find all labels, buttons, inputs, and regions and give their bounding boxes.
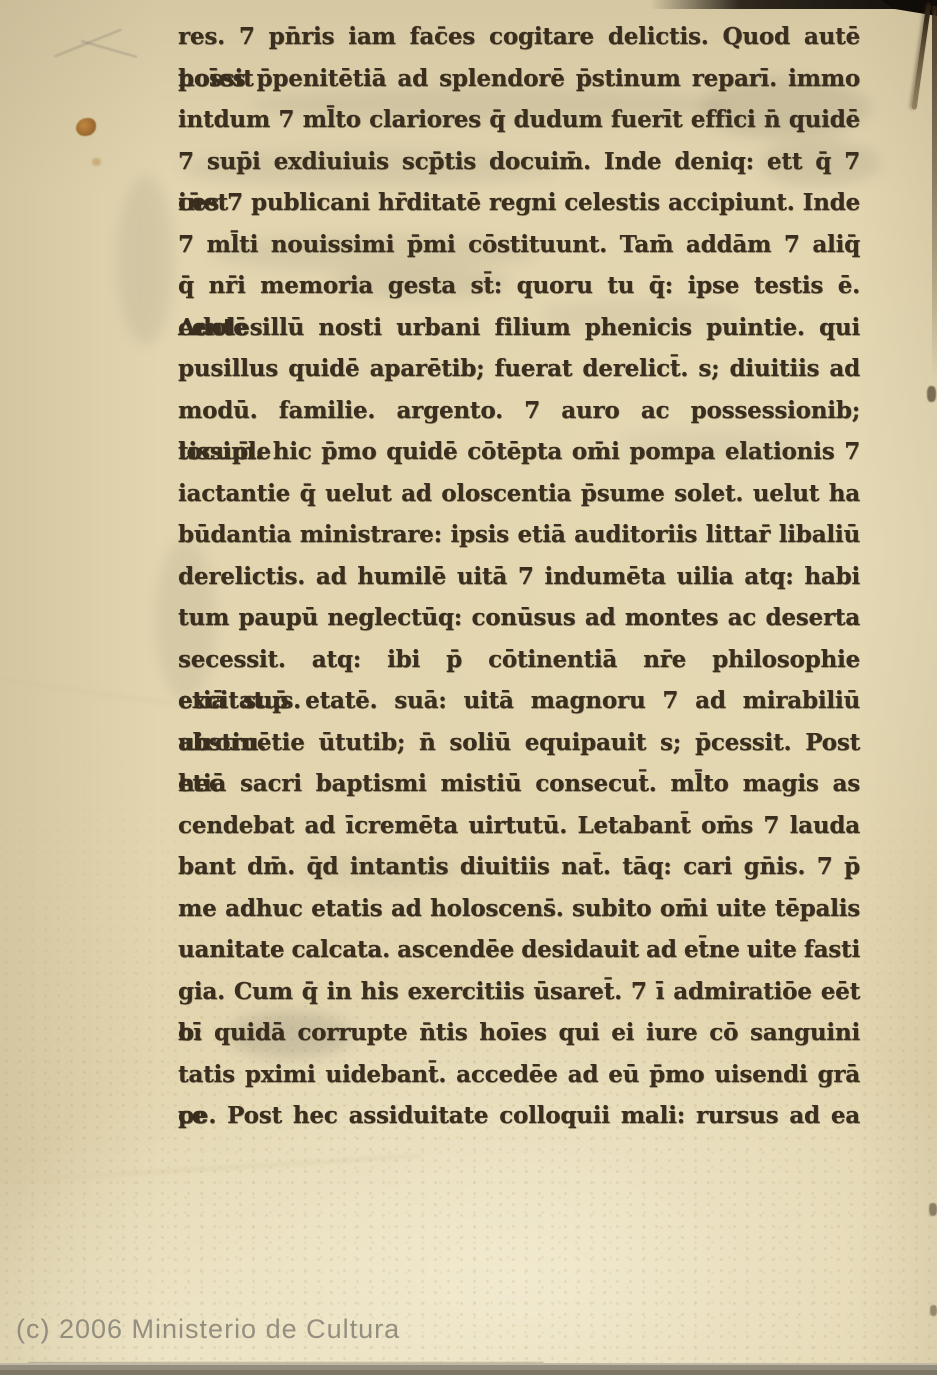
parchment-crease [0, 677, 171, 704]
manuscript-text-line: iactantie q̄ uelut ad oloscentia p̄sume … [178, 473, 860, 515]
parchment-crease [0, 1155, 420, 1183]
manuscript-text-line: derelictis. ad humilē uitā 7 indumēta ui… [178, 556, 860, 598]
pencil-mark [81, 40, 137, 58]
rust-stain [76, 118, 96, 136]
manuscript-text-line: būdantia ministrare: ipsis etiā auditori… [178, 514, 860, 556]
manuscript-text-line: tum paupū neglectūq: conūsus ad montes a… [178, 597, 860, 639]
page-bottom-edge [0, 1363, 937, 1375]
manuscript-text-line: etiā sup̄ etatē. suā: uitā magnoru 7 ad … [178, 680, 860, 722]
manuscript-text-line: pe. Post hec assiduitate colloquii mali:… [178, 1095, 860, 1137]
show-through-smudge [118, 175, 173, 345]
manuscript-text-line: cendebat ad īcremēta uirtutū. Letabant̄ … [178, 805, 860, 847]
manuscript-text-line: ces 7 publicani hr̄ditatē regni celestis… [178, 182, 860, 224]
rust-stain-small [92, 158, 101, 166]
manuscript-text-line: b: quidā corrupte n̄tis hoīes qui ei iur… [178, 1012, 860, 1054]
manuscript-text-line: res. 7 pn̄ris iam fac̄es cogitare delict… [178, 16, 860, 58]
manuscript-text-line: secessit. atq: ibi p̄ cōtinentiā nr̄e ph… [178, 639, 860, 681]
manuscript-text-line: 7 ml̄ti nouissimi p̄mi cōstituunt. Tam̄ … [178, 224, 860, 266]
page-right-edge-shadow [932, 6, 937, 378]
manuscript-text-line: modū. familie. argento. 7 auro ac posses… [178, 390, 860, 432]
manuscript-text-line: intdum 7 ml̄to clariores q̄ dudum fuerīt… [178, 99, 860, 141]
manuscript-text-line: q̄ nr̄i memoria gesta st̄: quoru tu q̄: … [178, 265, 860, 307]
manuscript-text-line: 7 sup̄i exdiuiuis scp̄tis docuim̄. Inde … [178, 141, 860, 183]
manuscript-text-line: tissim̄. hic p̄mo quidē cōtēpta om̄i pom… [178, 431, 860, 473]
manuscript-text-line: bant dm̄. q̄d intantis diuitiis nat̄. tā… [178, 846, 860, 888]
page-edge-notch [927, 386, 936, 402]
page-edge-notch [929, 1203, 937, 1216]
manuscript-text-line: tatis pximi uidebant̄. accedēe ad eū p̄m… [178, 1054, 860, 1096]
manuscript-text-line: me adhuc etatis ad holoscens̄. subito om… [178, 888, 860, 930]
manuscript-text-line: centē illū nosti urbani filium phenicis … [178, 307, 860, 349]
manuscript-text-line: gia. Cum q̄ in his exercitiis ūsaret̄. 7… [178, 971, 860, 1013]
manuscript-text-line: etiā sacri baptismi mistiū consecut̄. ml… [178, 763, 860, 805]
manuscript-text-block: res. 7 pn̄ris iam fac̄es cogitare delict… [178, 16, 860, 1137]
page-edge-notch [930, 1305, 937, 1316]
manuscript-text-line: abstinētie ūtutib; n̄ soliū equipauit s;… [178, 722, 860, 764]
copyright-watermark: (c) 2006 Ministerio de Cultura [16, 1314, 400, 1345]
manuscript-text-line: pusillus quidē aparētib; fuerat derelict… [178, 348, 860, 390]
manuscript-text-line: hoīes p̄penitētiā ad splendorē p̄stinum … [178, 58, 860, 100]
manuscript-scan: res. 7 pn̄ris iam fac̄es cogitare delict… [0, 0, 937, 1375]
manuscript-text-line: uanitate calcata. ascendēe desidauit ad … [178, 929, 860, 971]
